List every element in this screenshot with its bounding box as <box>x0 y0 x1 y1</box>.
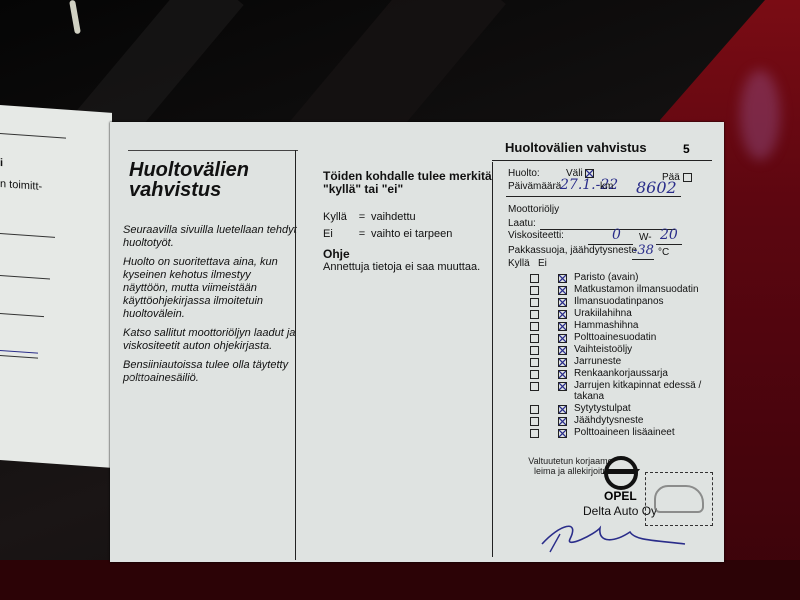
yes-checkbox-icon[interactable] <box>530 286 539 295</box>
yes-checkbox-icon[interactable] <box>530 274 539 283</box>
yes-checkbox-icon[interactable] <box>530 346 539 355</box>
checklist-label: Ilmansuodatinpanos <box>574 296 734 307</box>
no-checkbox-icon[interactable] <box>558 370 567 379</box>
column-divider <box>295 150 296 560</box>
oil-label: Moottoriöljy <box>508 204 559 215</box>
checklist-item: Urakiilahihna <box>530 308 734 320</box>
checklist-label: Jarruneste <box>574 356 734 367</box>
checklist-item: Matkustamon ilmansuodatin <box>530 284 734 296</box>
checklist-label: Paristo (avain) <box>574 272 734 283</box>
divider <box>492 160 712 161</box>
no-checkbox-icon[interactable] <box>558 429 567 438</box>
checklist: Paristo (avain)Matkustamon ilmansuodatin… <box>530 272 734 439</box>
viscosity-label: Viskositeetti: <box>508 230 564 241</box>
paragraph: Bensiiniautoissa tulee olla täytetty pol… <box>123 359 298 385</box>
no-checkbox-icon[interactable] <box>558 298 567 307</box>
no-checkbox-icon[interactable] <box>558 417 567 426</box>
km-value[interactable]: 8602 <box>636 178 677 197</box>
opel-logo-icon <box>604 456 638 490</box>
instructions: Töiden kohdalle tulee merkitä "kyllä" ta… <box>323 170 498 273</box>
yes-header: Kyllä <box>508 258 530 269</box>
yes-checkbox-icon[interactable] <box>530 405 539 414</box>
viscosity-value[interactable]: 0 <box>612 227 621 243</box>
divider <box>128 150 298 151</box>
left-page-fragment: n toimitt- <box>0 178 42 193</box>
yes-checkbox-icon[interactable] <box>530 370 539 379</box>
antifreeze-label: Pakkassuoja, jäähdytysneste <box>508 245 637 256</box>
date-label: Päivämäärä <box>508 181 561 192</box>
paragraph: Huolto on suoritettava aina, kun kyseine… <box>123 256 298 321</box>
checklist-label: Hammashihna <box>574 320 734 331</box>
checklist-label: Urakiilahihna <box>574 308 734 319</box>
no-checkbox-icon[interactable] <box>558 358 567 367</box>
paragraph: Katso sallitut moottoriöljyn laadut ja v… <box>123 327 298 353</box>
no-checkbox-icon[interactable] <box>558 274 567 283</box>
yes-checkbox-icon[interactable] <box>530 382 539 391</box>
section-header: Huoltovälien vahvistus <box>505 140 647 155</box>
checklist-label: Polttoainesuodatin <box>574 332 734 343</box>
paragraph: Seuraavilla sivuilla luetellaan tehdyt h… <box>123 224 298 250</box>
yes-checkbox-icon[interactable] <box>530 358 539 367</box>
checklist-label: Sytytystulpat <box>574 403 734 414</box>
service-label: Huolto: <box>508 168 540 179</box>
left-page: i n toimitt- <box>0 105 112 468</box>
main-checkbox-icon[interactable] <box>683 173 692 182</box>
no-checkbox-icon[interactable] <box>558 334 567 343</box>
yes-checkbox-icon[interactable] <box>530 322 539 331</box>
signature <box>540 514 690 554</box>
brand-name: OPEL <box>604 489 637 503</box>
km-label: km <box>600 181 613 192</box>
quality-label: Laatu: <box>508 218 536 229</box>
page-number: 5 <box>683 142 690 156</box>
no-checkbox-icon[interactable] <box>558 382 567 391</box>
yes-checkbox-icon[interactable] <box>530 429 539 438</box>
checklist-label: Jäähdytysneste <box>574 415 734 426</box>
checklist-item: Polttoainesuodatin <box>530 332 734 344</box>
no-header: Ei <box>538 258 547 269</box>
intro-text: Seuraavilla sivuilla luetellaan tehdyt h… <box>123 224 298 391</box>
checklist-item: Paristo (avain) <box>530 272 734 284</box>
checklist-item: Jäähdytysneste <box>530 415 734 427</box>
checklist-item: Polttoaineen lisäaineet <box>530 427 734 439</box>
checklist-label: Matkustamon ilmansuodatin <box>574 284 734 295</box>
booklet-page: Huoltovälien vahvistus Seuraavilla sivui… <box>110 122 724 562</box>
car-icon <box>654 485 704 513</box>
no-checkbox-icon[interactable] <box>558 405 567 414</box>
w-value[interactable]: 20 <box>660 227 678 243</box>
checklist-item: Hammashihna <box>530 320 734 332</box>
checklist-item: Sytytystulpat <box>530 403 734 415</box>
no-checkbox-icon[interactable] <box>558 286 567 295</box>
checklist-item: Ilmansuodatinpanos <box>530 296 734 308</box>
light-reflection <box>740 70 780 160</box>
checklist-label: Jarrujen kitkapinnat edessä / takana <box>574 380 734 402</box>
antifreeze-value[interactable]: -38 <box>633 243 654 258</box>
yes-checkbox-icon[interactable] <box>530 334 539 343</box>
checklist-item: Renkaankorjaussarja <box>530 368 734 380</box>
no-checkbox-icon[interactable] <box>558 346 567 355</box>
celsius-unit: °C <box>658 247 669 258</box>
yes-checkbox-icon[interactable] <box>530 298 539 307</box>
legend-row: Ei = vaihto ei tarpeen <box>323 228 498 240</box>
no-checkbox-icon[interactable] <box>558 322 567 331</box>
checklist-item: Vaihteistoöljy <box>530 344 734 356</box>
checklist-item: Jarrujen kitkapinnat edessä / takana <box>530 380 734 403</box>
legend-row: Kyllä = vaihdettu <box>323 211 498 223</box>
yes-checkbox-icon[interactable] <box>530 310 539 319</box>
no-checkbox-icon[interactable] <box>558 310 567 319</box>
note-text: Annettuja tietoja ei saa muuttaa. <box>323 261 498 273</box>
car-surface-bottom <box>0 560 800 600</box>
page-title: Huoltovälien vahvistus <box>129 160 249 200</box>
yes-checkbox-icon[interactable] <box>530 417 539 426</box>
checklist-label: Vaihteistoöljy <box>574 344 734 355</box>
w-label: W- <box>639 232 652 243</box>
checklist-label: Renkaankorjaussarja <box>574 368 734 379</box>
checklist-item: Jarruneste <box>530 356 734 368</box>
note-title: Ohje <box>323 247 498 261</box>
checklist-label: Polttoaineen lisäaineet <box>574 427 734 438</box>
left-page-fragment: i <box>0 157 3 169</box>
instructions-title: Töiden kohdalle tulee merkitä "kyllä" ta… <box>323 170 498 196</box>
